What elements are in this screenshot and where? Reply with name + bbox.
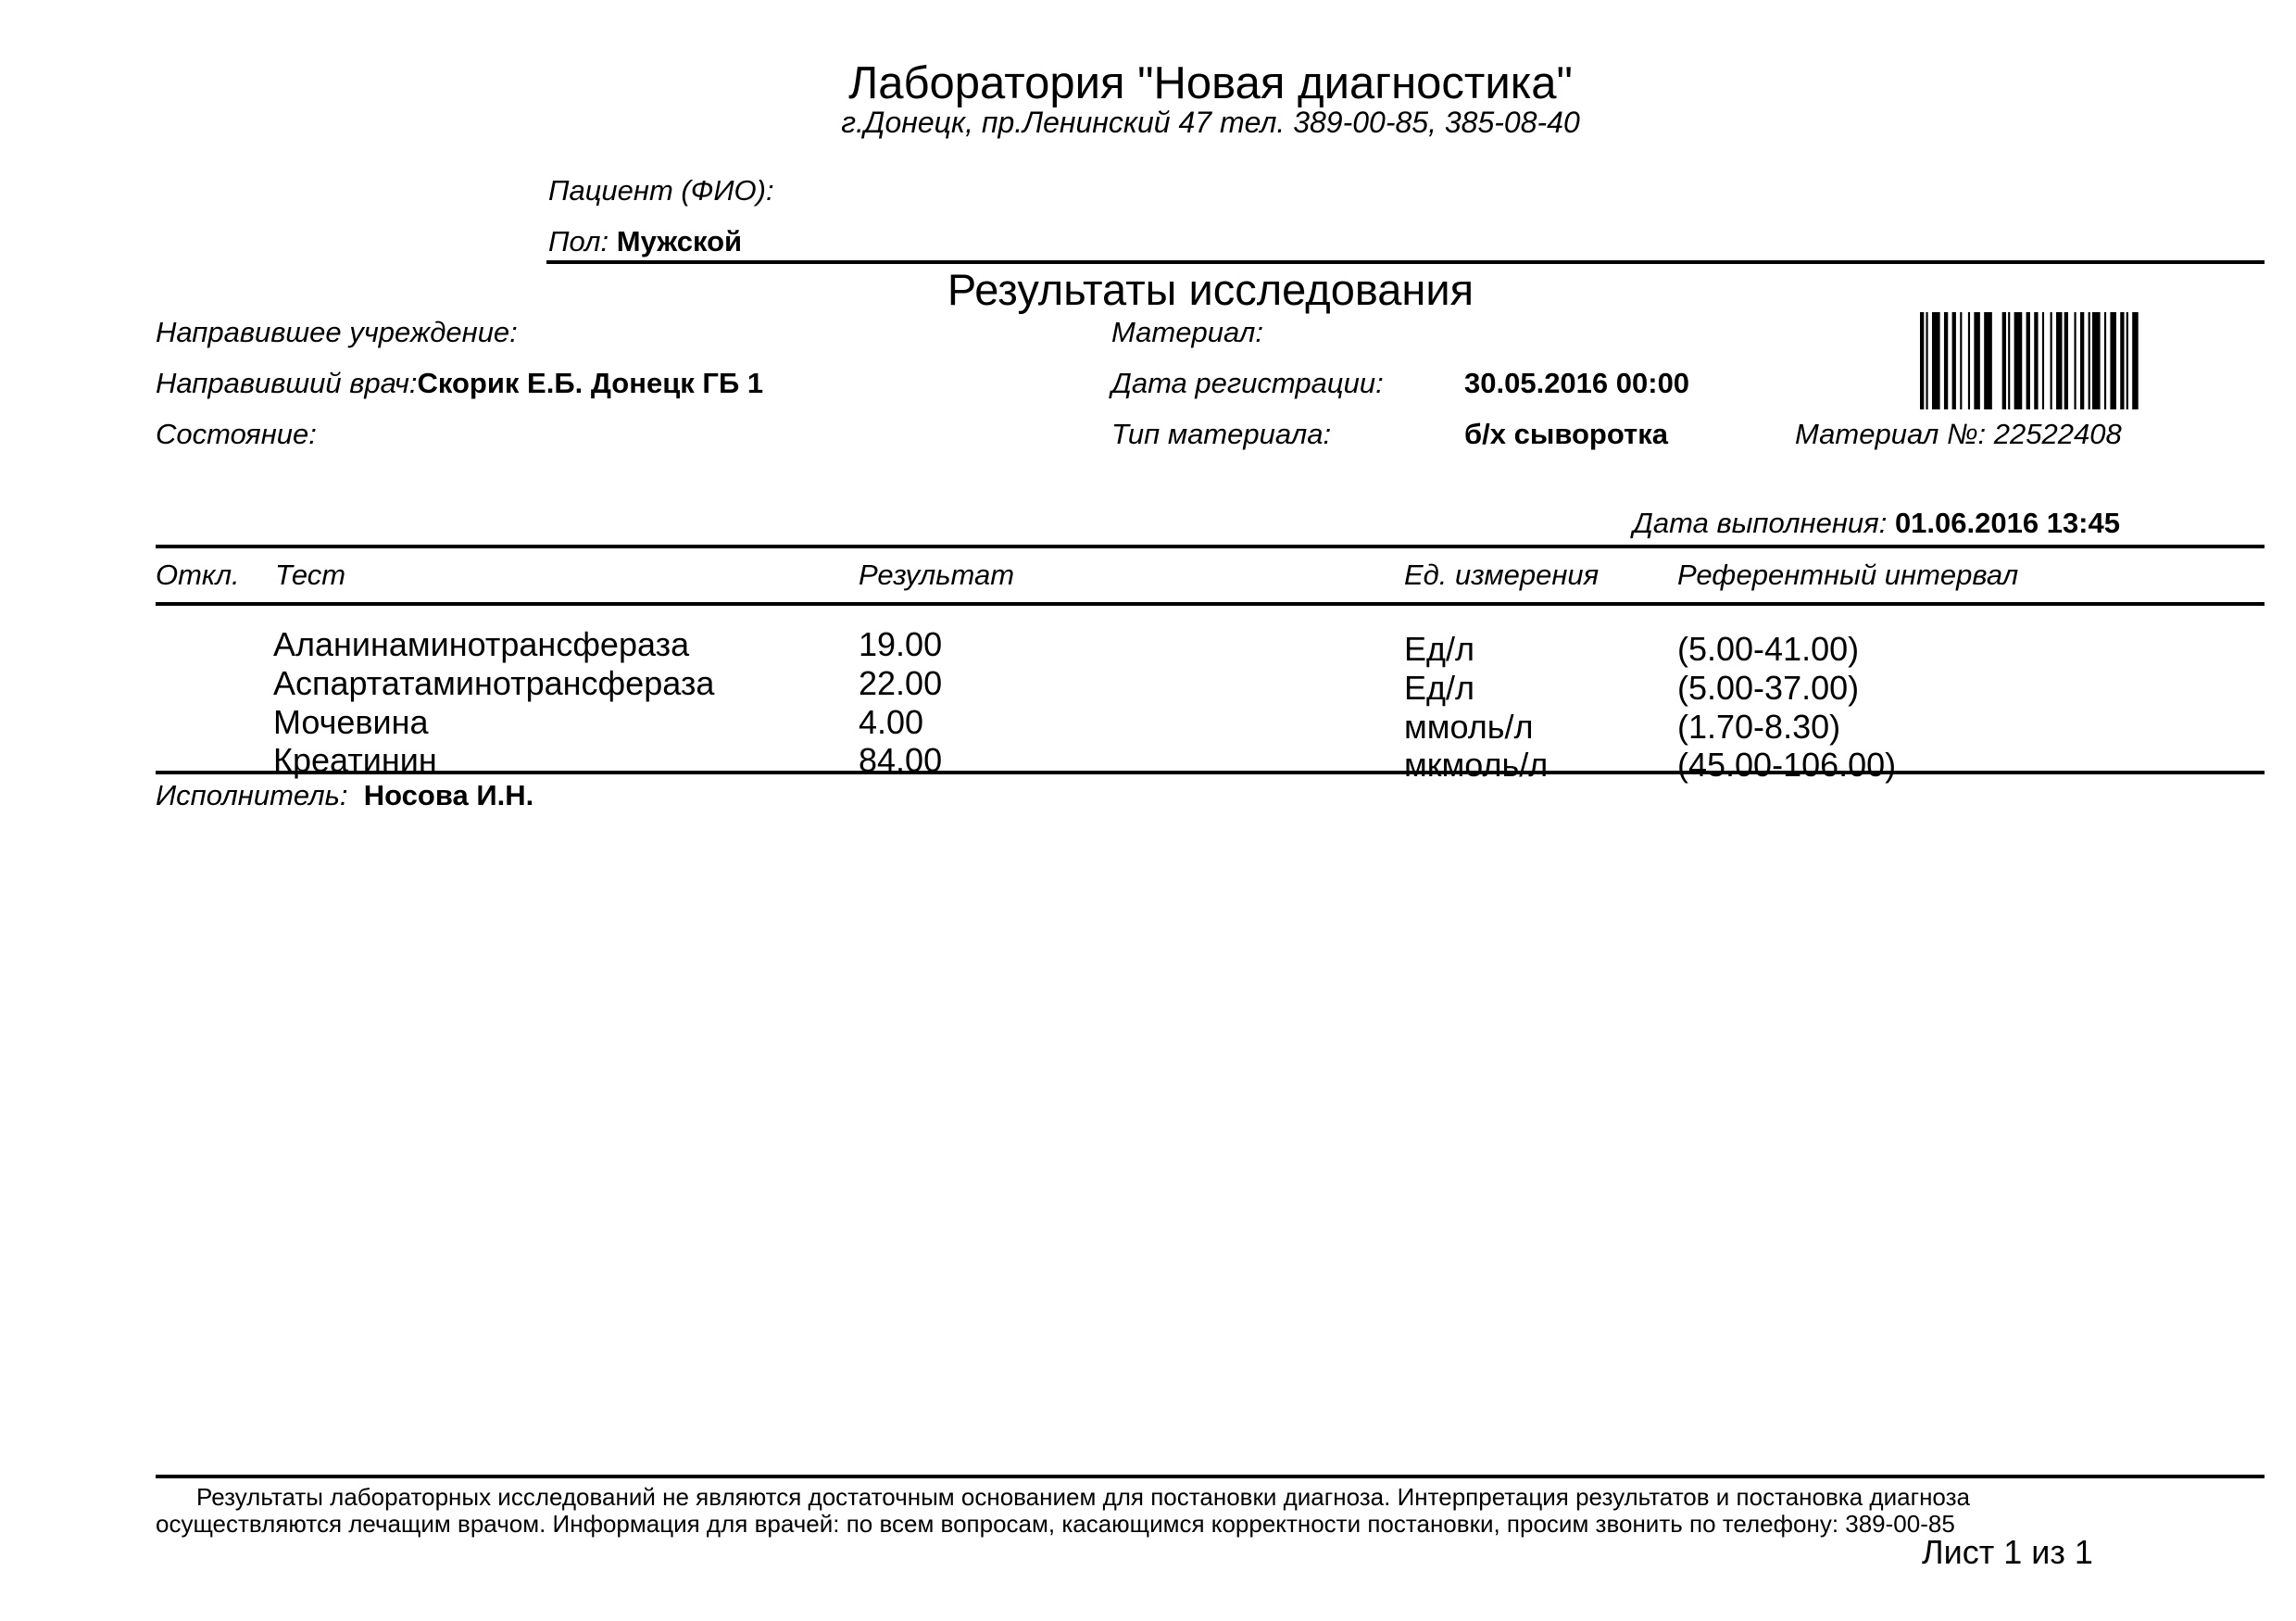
table-header-divider [156,602,2265,606]
sex-value: Мужской [617,225,742,258]
table-row: Мочевина 4.00 ммоль/л (1.70-8.30) [0,706,2296,745]
lab-address: г.Донецк, пр.Ленинский 47 тел. 389-00-85… [0,107,2296,137]
referring-doctor-label: Направивший врач: [156,367,418,399]
test-reference: (5.00-37.00) [1677,672,1859,705]
column-header-result: Результат [859,560,1014,589]
patient-name-label: Пациент (ФИО): [548,174,774,207]
divider [546,260,2265,264]
results-title: Результаты исследования [0,268,2296,311]
material-type-label: Тип материала: [1111,420,1331,448]
referring-institution-label: Направившее учреждение: [156,316,518,348]
table-bottom-divider [156,771,2265,774]
test-unit: Ед/л [1404,633,1474,666]
test-unit: ммоль/л [1404,710,1534,744]
test-result: 22.00 [859,667,942,700]
executor-label: Исполнитель: [156,779,348,811]
table-row: Аланинаминотрансфераза 19.00 Ед/л (5.00-… [0,628,2296,667]
executor-row: Исполнитель: Носова И.Н. [156,781,533,810]
table-row: Креатинин 84.00 мкмоль/л (45.00-106.00) [0,744,2296,783]
completion-date-row: Дата выполнения: 01.06.2016 13:45 [1633,509,2120,537]
material-number-row: Материал №: 22522408 [1795,420,2122,448]
state-row: Состояние: [156,420,317,448]
completion-date-value: 01.06.2016 13:45 [1895,507,2120,539]
patient-name-row: Пациент (ФИО): [548,176,774,205]
column-header-unit: Ед. измерения [1404,560,1599,589]
state-label: Состояние: [156,418,317,450]
table-top-divider [156,545,2265,548]
material-number-label: Материал №: [1795,418,1986,450]
disclaimer-line-1: Результаты лабораторных исследований не … [196,1485,1970,1509]
test-result: 19.00 [859,628,942,661]
barcode-icon [1920,312,2142,409]
column-header-deviation: Откл. [156,560,240,589]
patient-sex-row: Пол: Мужской [548,227,742,256]
test-reference: (1.70-8.30) [1677,710,1840,744]
registration-date-label: Дата регистрации: [1111,369,1384,397]
table-row: Аспартатаминотрансфераза 22.00 Ед/л (5.0… [0,667,2296,706]
test-reference: (5.00-41.00) [1677,633,1859,666]
test-unit: Ед/л [1404,672,1474,705]
column-header-test: Тест [275,560,345,589]
test-unit: мкмоль/л [1404,748,1548,782]
test-name: Аспартатаминотрансфераза [273,667,714,700]
page-counter: Лист 1 из 1 [1922,1536,2093,1569]
registration-date-value: 30.05.2016 00:00 [1464,369,1689,397]
referring-institution-row: Направившее учреждение: [156,318,518,346]
test-reference: (45.00-106.00) [1677,748,1896,782]
executor-value: Носова И.Н. [364,779,534,811]
material-type-value: б/х сыворотка [1464,420,1668,448]
referring-doctor-value: Скорик Е.Б. Донецк ГБ 1 [418,367,764,399]
column-header-reference: Референтный интервал [1677,560,2018,589]
test-name: Аланинаминотрансфераза [273,628,689,661]
disclaimer-line-2: осуществляются лечащим врачом. Информаци… [156,1512,1955,1536]
material-label: Материал: [1111,316,1263,348]
test-result: 4.00 [859,706,923,739]
referring-doctor-row: Направивший врач:Скорик Е.Б. Донецк ГБ 1 [156,369,763,397]
material-row: Материал: [1111,318,1263,346]
completion-date-label: Дата выполнения: [1633,507,1887,539]
test-name: Мочевина [273,706,429,739]
lab-title: Лаборатория "Новая диагностика" [0,61,2296,107]
sex-label: Пол: [548,225,609,258]
material-number-value: 22522408 [1994,418,2122,450]
footer-divider [156,1475,2265,1478]
